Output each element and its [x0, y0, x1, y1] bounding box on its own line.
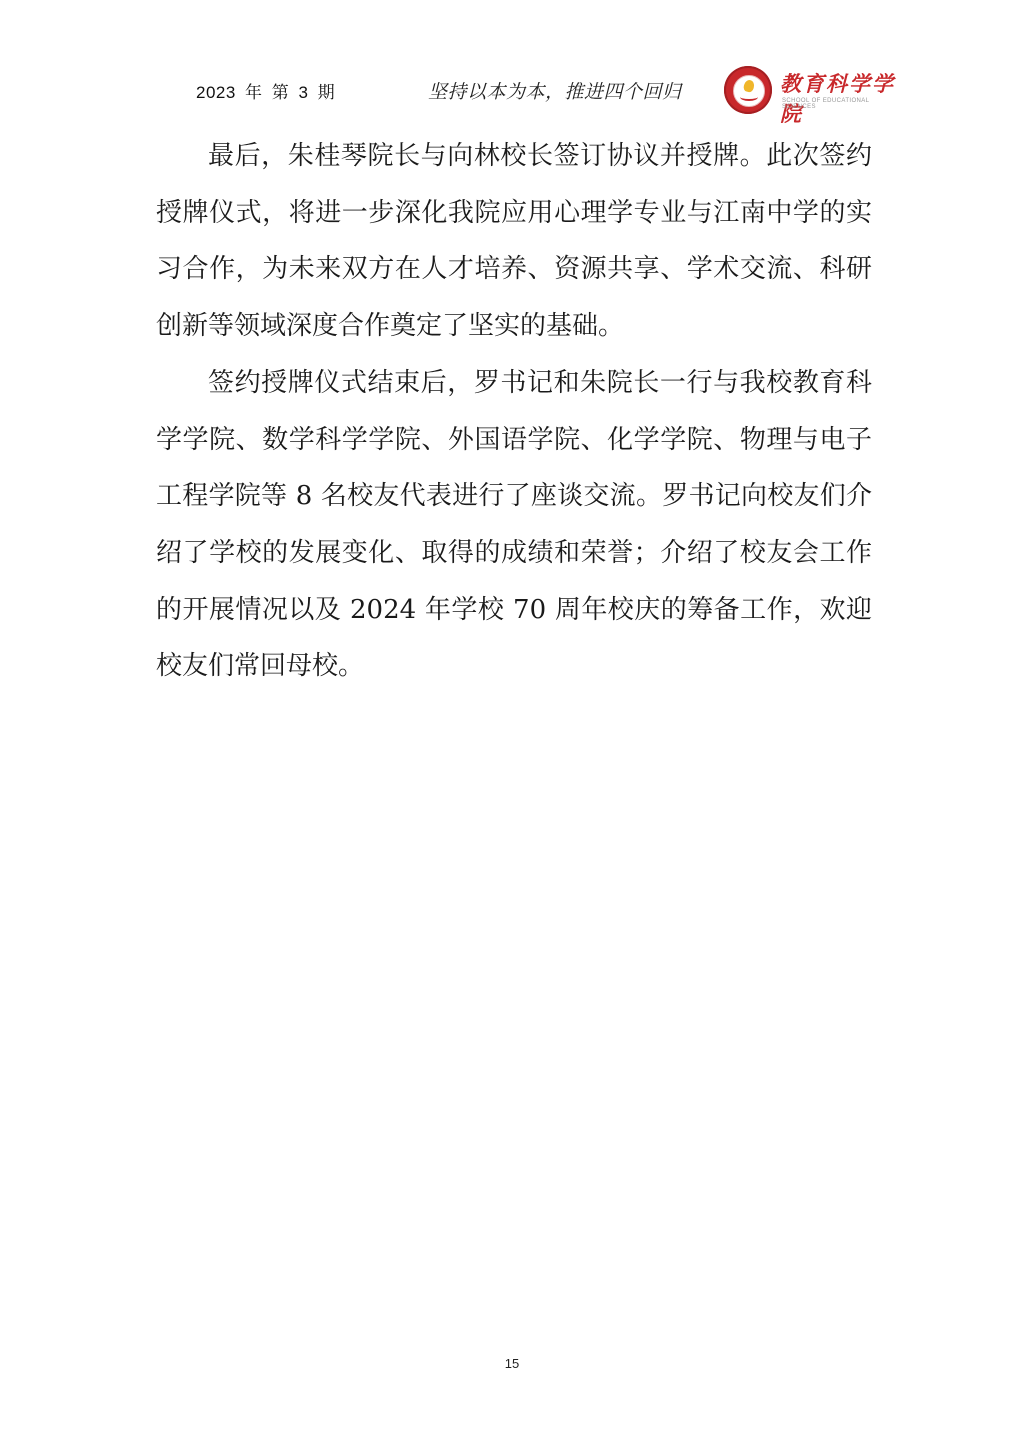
page-number: 15 [0, 1356, 1024, 1371]
flame-icon [743, 79, 756, 93]
issue-label: 2023 年 第 3 期 [196, 78, 335, 103]
article-body: 最后，朱桂琴院长与向林校长签订协议并授牌。此次签约授牌仪式，将进一步深化我院应用… [156, 128, 872, 695]
school-logo: 教育科学学院 SCHOOL OF EDUCATIONAL SCIENCES [724, 66, 904, 116]
logo-name-en: SCHOOL OF EDUCATIONAL SCIENCES [782, 98, 904, 110]
page-header: 2023 年 第 3 期 坚持以本为本，推进四个回归 教育科学学院 SCHOOL… [0, 70, 1024, 118]
motto-text: 坚持以本为本，推进四个回归 [428, 77, 682, 104]
book-icon [740, 93, 758, 101]
paragraph: 最后，朱桂琴院长与向林校长签订协议并授牌。此次签约授牌仪式，将进一步深化我院应用… [156, 128, 872, 355]
seal-emblem-icon [724, 66, 772, 114]
paragraph: 签约授牌仪式结束后，罗书记和朱院长一行与我校教育科学学院、数学科学学院、外国语学… [156, 355, 872, 695]
